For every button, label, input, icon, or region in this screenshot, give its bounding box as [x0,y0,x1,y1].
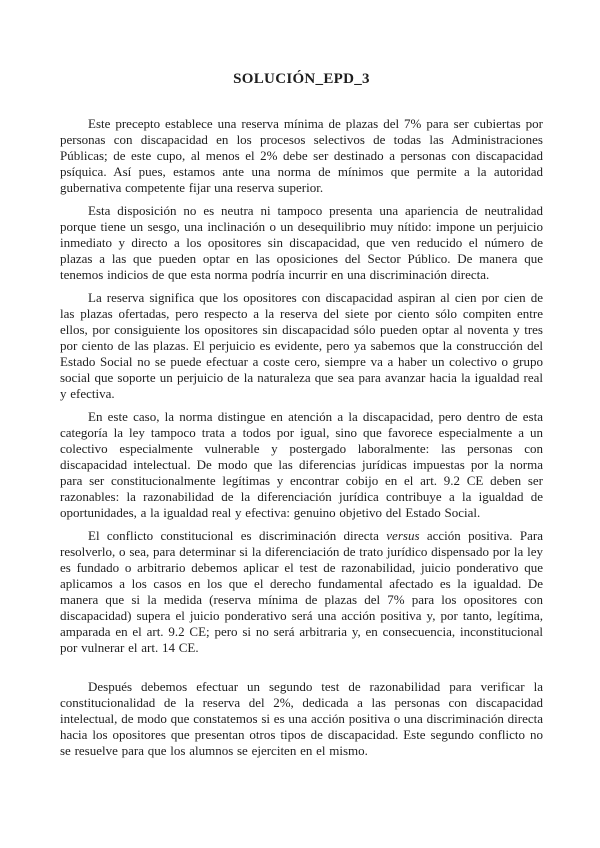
document-title: SOLUCIÓN_EPD_3 [60,71,543,88]
document-body: Este precepto establece una reserva míni… [60,116,543,759]
paragraph-5-italic-term: versus [386,528,419,543]
paragraph-4: En este caso, la norma distingue en aten… [60,409,543,521]
paragraph-5-text-continued: acción positiva. Para resolverlo, o sea,… [60,528,543,655]
paragraph-3: La reserva significa que los opositores … [60,290,543,402]
paragraph-6: Después debemos efectuar un segundo test… [60,679,543,759]
paragraph-5-text: El conflicto constitucional es discrimin… [88,528,386,543]
paragraph-5: El conflicto constitucional es discrimin… [60,528,543,656]
document-page: SOLUCIÓN_EPD_3 Este precepto establece u… [0,0,600,848]
paragraph-1: Este precepto establece una reserva míni… [60,116,543,196]
paragraph-2: Esta disposición no es neutra ni tampoco… [60,203,543,283]
